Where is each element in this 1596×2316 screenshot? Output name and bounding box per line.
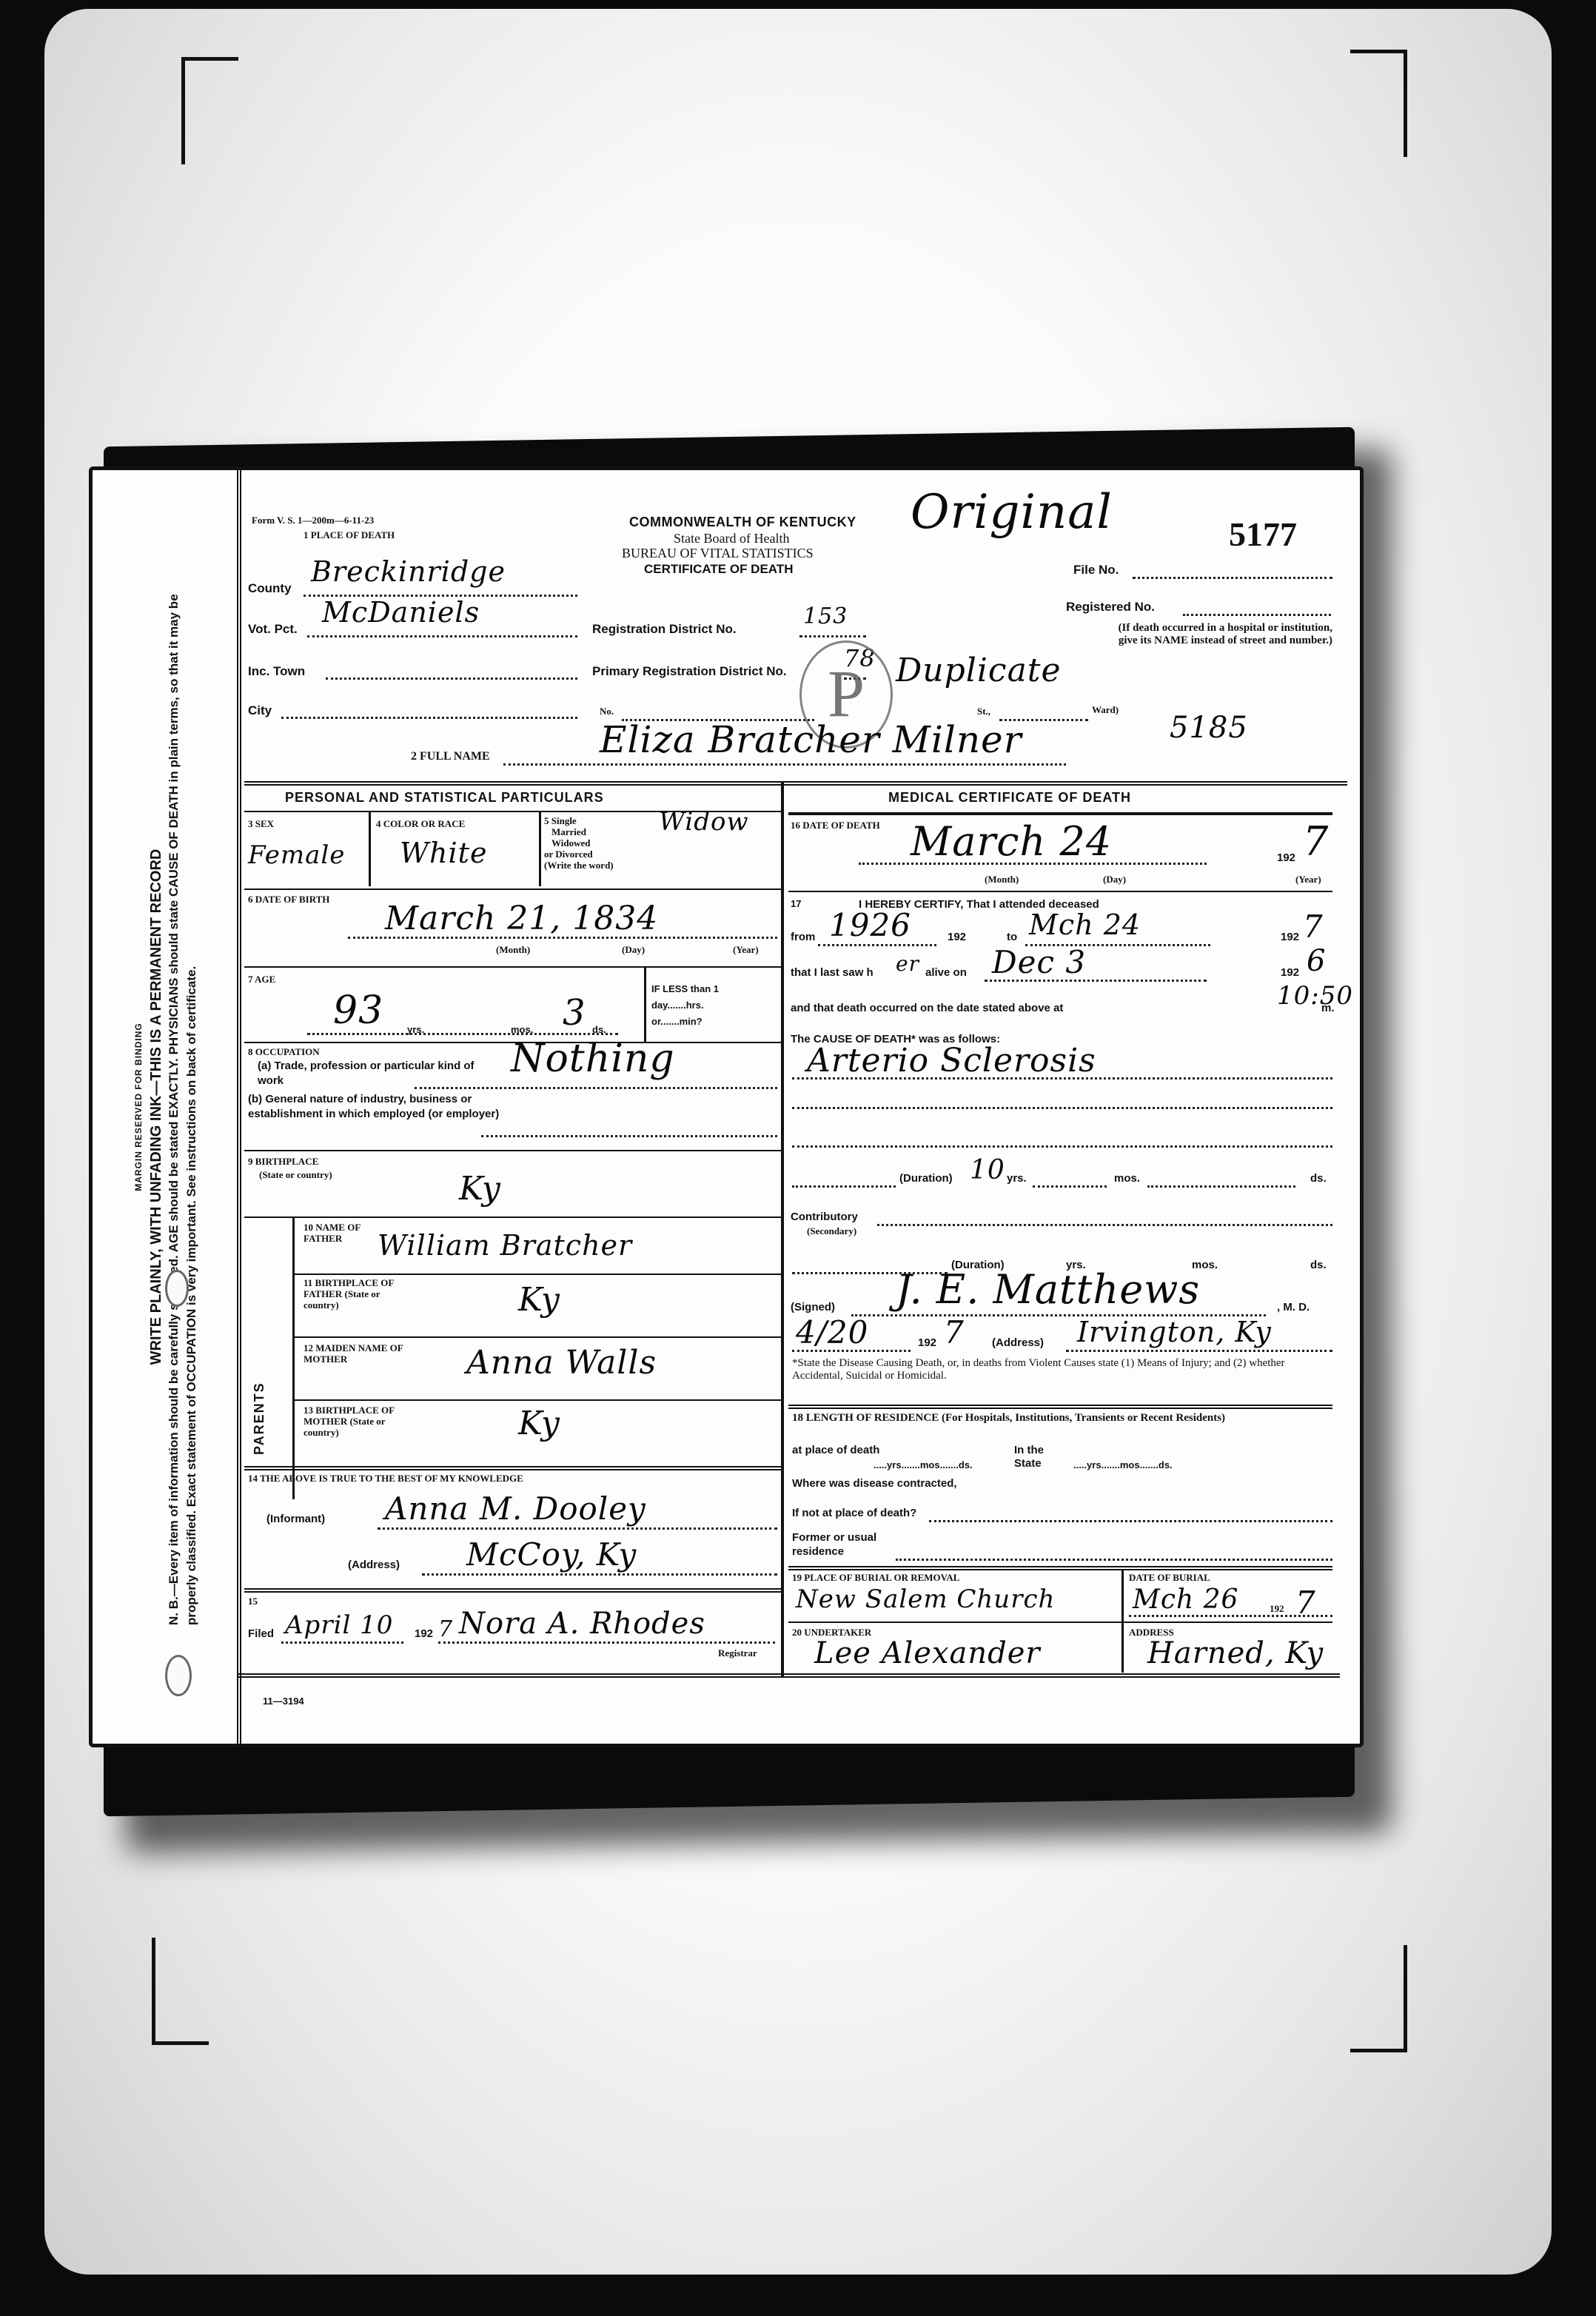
last-saw-year-field[interactable]: 6 [1307,944,1326,978]
binding-margin: MARGIN RESERVED FOR BINDING WRITE PLAINL… [93,470,241,1744]
physician-address-label: (Address) [992,1336,1044,1349]
physician-signature[interactable]: J. E. Matthews [896,1266,1200,1313]
mother-birthplace-field[interactable]: Ky [518,1405,560,1442]
father-birthplace-field[interactable]: Ky [518,1281,560,1319]
race-field[interactable]: White [400,837,487,869]
last-saw-year-prefix: 192 [1281,966,1299,979]
crop-mark-top-left [181,57,238,164]
age-years-unit: yrs. [407,1024,424,1035]
death-time-label: and that death occurred on the date stat… [791,1002,1063,1014]
place-of-death-label: 1 PLACE OF DEATH [304,529,395,541]
in-state-label: In the State [1014,1444,1066,1470]
margin-note: N. B.—Every item of information should b… [165,589,201,1625]
name-annotation: 5185 [1170,711,1248,745]
true-statement: 14 THE ABOVE IS TRUE TO THE BEST OF MY K… [248,1473,523,1485]
duration-years-field[interactable]: 10 [970,1155,1005,1185]
signed-year-prefix: 192 [918,1336,936,1349]
hospital-note: (If death occurred in a hospital or inst… [1110,622,1332,647]
city-field[interactable] [281,717,577,719]
age-years-field[interactable]: 93 [333,988,383,1033]
date-of-birth-field[interactable]: March 21, 1834 [385,900,658,937]
county-label: County [248,581,292,596]
duration-mos-unit: mos. [1114,1172,1140,1185]
not-at-place-label: If not at place of death? [792,1507,916,1519]
occupation-a-label: (a) Trade, profession or particular kind… [258,1059,480,1088]
length-of-residence-label: 18 LENGTH OF RESIDENCE (For Hospitals, I… [792,1412,1332,1425]
file-number: 5177 [1229,515,1297,554]
print-code: 11—3194 [263,1696,304,1707]
reg-district-field[interactable]: 153 [803,603,848,629]
last-saw-label: that I last saw h [791,966,874,979]
duration-label: (Duration) [899,1172,953,1185]
county-field[interactable]: Breckinridge [311,555,506,588]
filed-label: Filed [248,1627,274,1640]
mother-birthplace-label: 13 BIRTHPLACE OF MOTHER (State or countr… [304,1405,415,1438]
alive-on-label: alive on [925,966,967,979]
certificate-body: Form V. S. 1—200m—6-11-23 1 PLACE OF DEA… [244,470,1360,1744]
margin-headline: WRITE PLAINLY, WITH UNFADING INK—THIS IS… [147,589,165,1625]
certify-item-number: 17 [791,898,801,909]
marital-label: 5 Single Married Widowed or Divorced (Wr… [544,815,614,871]
birthplace-label: 9 BIRTHPLACE [248,1156,318,1168]
dod-day-caption: (Day) [1103,874,1126,886]
personal-section-title: PERSONAL AND STATISTICAL PARTICULARS [285,790,604,806]
cause-footnote: *State the Disease Causing Death, or, in… [792,1357,1332,1382]
certificate-title: CERTIFICATE OF DEATH [644,562,793,577]
duration-ds-unit: ds. [1310,1172,1327,1185]
duplicate-annotation: Duplicate [896,652,1062,689]
no-label: No. [600,706,614,717]
inc-town-field[interactable] [326,677,577,680]
sex-label: 3 SEX [248,818,274,830]
commonwealth-heading: COMMONWEALTH OF KENTUCKY [629,515,856,530]
filed-date-field[interactable]: April 10 [285,1610,393,1640]
former-residence-field[interactable] [896,1559,1332,1561]
registrar-signature[interactable]: Nora A. Rhodes [459,1607,705,1641]
disease-contracted-field[interactable] [929,1520,1332,1522]
city-label: City [248,703,272,718]
vot-pct-field[interactable]: McDaniels [322,596,480,629]
dod-year-prefix: 192 [1277,851,1295,864]
death-time-field[interactable]: 10:50 [1277,981,1353,1011]
burial-place-field[interactable]: New Salem Church [796,1584,1055,1614]
informant-address-field[interactable]: McCoy, Ky [466,1536,637,1573]
at-place-duration[interactable]: .....yrs.......mos.......ds. [874,1459,973,1470]
father-name-field[interactable]: William Bratcher [378,1229,632,1262]
burial-year-field[interactable]: 7 [1295,1584,1316,1621]
from-year-prefix: 192 [948,931,966,943]
dob-month-caption: (Month) [496,944,530,956]
attended-to-field[interactable]: Mch 24 [1029,908,1141,941]
registered-no-label: Registered No. [1066,600,1155,615]
filed-year-field[interactable]: 7 [438,1616,453,1642]
ward-label: Ward) [1092,704,1119,716]
dob-year-caption: (Year) [733,944,759,956]
dod-year-caption: (Year) [1295,874,1321,886]
dob-day-caption: (Day) [622,944,645,956]
race-label: 4 COLOR OR RACE [376,818,465,830]
contributory-caption: (Secondary) [807,1225,856,1237]
in-state-duration[interactable]: .....yrs.......mos.......ds. [1073,1459,1173,1470]
age-days-field[interactable]: 3 [563,992,586,1034]
pronoun-field[interactable]: er [896,951,919,976]
contributory-field[interactable] [877,1224,1332,1226]
former-residence-label: Former or usual residence [792,1530,911,1559]
crop-mark-top-right [1350,50,1407,157]
margin-reserved-label: MARGIN RESERVED FOR BINDING [130,589,147,1625]
dob-label: 6 DATE OF BIRTH [248,894,329,906]
mother-name-label: 12 MAIDEN NAME OF MOTHER [304,1342,415,1365]
margin-instructions: MARGIN RESERVED FOR BINDING WRITE PLAINL… [130,589,201,1625]
physician-address-field[interactable]: Irvington, Ky [1077,1316,1272,1348]
to-label: to [1007,931,1017,943]
occupation-b-label: (b) General nature of industry, business… [248,1092,500,1122]
date-of-death-label: 16 DATE OF DEATH [791,820,880,831]
dod-month-caption: (Month) [985,874,1019,886]
full-name-label: 2 FULL NAME [411,750,490,763]
birthplace-field[interactable]: Ky [459,1170,501,1208]
file-no-label: File No. [1073,563,1119,578]
md-label: , M. D. [1277,1301,1310,1313]
dod-year-field[interactable]: 7 [1303,818,1329,865]
death-time-suffix: m. [1321,1002,1335,1014]
attended-from-field[interactable]: 1926 [829,907,911,943]
signed-date-field[interactable]: 4/20 [796,1314,868,1351]
registrar-label: Registrar [718,1647,757,1659]
date-of-death-field[interactable]: March 24 [911,818,1112,865]
death-certificate: MARGIN RESERVED FOR BINDING WRITE PLAINL… [89,466,1364,1747]
attended-to-year-field[interactable]: 7 [1303,908,1324,945]
primary-reg-district-label: Primary Registration District No. [592,664,787,679]
burial-year-prefix: 192 [1270,1603,1284,1615]
contributory-label: Contributory [791,1211,858,1223]
filed-item-number: 15 [248,1596,258,1607]
age-days-unit: ds. [592,1024,606,1035]
parents-label: PARENTS [252,1382,267,1455]
board-of-health: State Board of Health [674,531,789,546]
full-name-field[interactable]: Eliza Bratcher Milner [600,718,1022,761]
birthplace-caption: (State or country) [259,1169,332,1181]
informant-field[interactable]: Anna M. Dooley [385,1490,646,1527]
last-saw-date-field[interactable]: Dec 3 [992,944,1086,980]
disease-contracted-label: Where was disease contracted, [792,1477,957,1490]
age-months-unit: mos. [511,1024,533,1035]
less-than-day-note: IF LESS than 1 day.......hrs. or.......m… [651,981,719,1030]
signed-label: (Signed) [791,1301,835,1313]
form-number: Form V. S. 1—200m—6-11-23 [252,515,374,526]
bureau-name: BUREAU OF VITAL STATISTICS [622,546,814,561]
to-year-prefix: 192 [1281,931,1299,943]
crop-mark-bottom-right [1350,1945,1407,2052]
burial-date-label: DATE OF BURIAL [1129,1572,1210,1584]
signed-year-field[interactable]: 7 [944,1314,965,1351]
original-annotation: Original [911,485,1113,540]
age-label: 7 AGE [248,974,275,985]
occupation-label: 8 OCCUPATION [248,1046,320,1058]
cause-of-death-field[interactable]: Arterio Sclerosis [807,1042,1096,1080]
punch-hole-icon [165,1270,189,1307]
mother-name-field[interactable]: Anna Walls [466,1344,657,1382]
inc-town-label: Inc. Town [248,664,305,679]
burial-date-field[interactable]: Mch 26 [1133,1584,1238,1615]
undertaker-address-field[interactable]: Harned, Ky [1147,1636,1324,1670]
at-place-label: at place of death [792,1444,955,1457]
burial-place-label: 19 PLACE OF BURIAL OR REMOVAL [792,1572,959,1584]
duration-yrs-unit: yrs. [1007,1172,1027,1185]
contributory-ds-unit: ds. [1310,1259,1327,1271]
reg-district-label: Registration District No. [592,622,737,637]
occupation-field[interactable]: Nothing [511,1037,675,1081]
punch-hole-icon [165,1655,192,1696]
medical-section-title: MEDICAL CERTIFICATE OF DEATH [888,790,1131,806]
filed-year-prefix: 192 [415,1627,433,1640]
undertaker-field[interactable]: Lee Alexander [814,1636,1041,1670]
from-label: from [791,931,815,943]
crop-mark-bottom-left [152,1938,209,2045]
informant-label: (Informant) [266,1513,325,1525]
vot-pct-label: Vot. Pct. [248,622,298,637]
informant-address-label: (Address) [348,1559,400,1571]
sex-field[interactable]: Female [248,840,345,870]
father-birthplace-label: 11 BIRTHPLACE OF FATHER (State or countr… [304,1277,415,1311]
st-label: St., [977,706,990,717]
marital-status-field[interactable]: Widow [659,807,749,837]
